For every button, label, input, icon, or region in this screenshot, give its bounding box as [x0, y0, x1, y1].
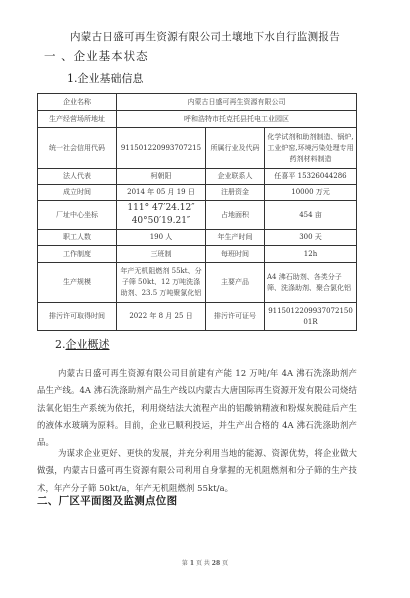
table-value: 年产无机阻燃剂 55kt、分子筛 50kt、12 万吨洗涤助剂、23.5 万吨聚… [117, 263, 206, 303]
table-label: 每班时间 [206, 246, 265, 263]
section-heading-basic-status: 一 、企业基本状态 [44, 48, 149, 64]
table-label: 生产规模 [38, 263, 117, 303]
table-label: 生产经营场所地址 [38, 111, 117, 128]
table-value: 190 人 [117, 230, 206, 246]
table-label: 排污许可证号 [206, 303, 265, 331]
table-label: 成立时间 [38, 185, 117, 201]
subsection-heading-overview: 2.企业概述 [55, 336, 110, 352]
table-row: 职工人数 190 人 年生产时间 300 天 [38, 230, 357, 246]
table-value: 911501220993707215 [117, 128, 206, 169]
subsection-text: 企业概述 [66, 338, 110, 351]
footer-suffix: 页 [222, 560, 228, 567]
table-label: 统一社会信用代码 [38, 128, 117, 169]
table-label: 占地面积 [206, 201, 265, 230]
table-row: 生产规模 年产无机阻燃剂 55kt、分子筛 50kt、12 万吨洗涤助剂、23.… [38, 263, 357, 303]
table-value: 12h [265, 246, 357, 263]
table-value: 柯朝阳 [117, 169, 206, 185]
total-page-count: 28 [212, 560, 220, 567]
table-row: 法人代表 柯朝阳 企业联系人 任喜平 15326044286 [38, 169, 357, 185]
longitude: 111° 47′24.12″ [119, 202, 203, 215]
subsection-heading-basic-info: 1.企业基础信息 [67, 70, 144, 86]
table-row: 企业名称 内蒙古日盛可再生资源有限公司 [38, 94, 357, 111]
page-footer: 第 1 页 共 28 页 [0, 558, 410, 567]
table-label: 排污许可取得时间 [38, 303, 117, 331]
table-value: A4 沸石助剂、各类分子筛、洗涤助剂、聚合氯化铝 [265, 263, 357, 303]
overview-paragraph-2: 为谋求企业更好、更快的发展，并充分利用当地的能源、资源优势，将企业做大做强，内蒙… [37, 445, 357, 497]
table-value: 内蒙古日盛可再生资源有限公司 [117, 94, 357, 111]
table-row: 工作制度 三班制 每班时间 12h [38, 246, 357, 263]
current-page-number: 1 [190, 560, 194, 567]
table-row: 统一社会信用代码 911501220993707215 所属行业及代码 化学试剂… [38, 128, 357, 169]
table-value: 911501220993707215001R [265, 303, 357, 331]
table-value: 化学试剂和助剂制造、锅炉,工业炉窑,环境污染处理专用药剂材料制造 [265, 128, 357, 169]
table-label: 企业联系人 [206, 169, 265, 185]
table-label: 职工人数 [38, 230, 117, 246]
table-value: 任喜平 15326044286 [265, 169, 357, 185]
table-value: 2014 年 05 月 19 日 [117, 185, 206, 201]
section-heading-site-plan: 二、厂区平面图及监测点位图 [37, 493, 177, 508]
table-row: 成立时间 2014 年 05 月 19 日 注册资金 10000 万元 [38, 185, 357, 201]
table-value: 454 亩 [265, 201, 357, 230]
table-value-coordinates: 111° 47′24.12″ 40°50′19.21″ [117, 201, 206, 230]
latitude: 40°50′19.21″ [119, 215, 203, 228]
table-label: 法人代表 [38, 169, 117, 185]
document-title: 内蒙古日盛可再生资源有限公司土壤地下水自行监测报告 [0, 29, 410, 44]
table-value: 300 天 [265, 230, 357, 246]
table-value: 三班制 [117, 246, 206, 263]
table-row: 生产经营场所地址 呼和浩特市托克托县托电工业园区 [38, 111, 357, 128]
table-label: 所属行业及代码 [206, 128, 265, 169]
subsection-number: 2. [55, 338, 66, 351]
table-label: 主要产品 [206, 263, 265, 303]
table-row: 厂址中心坐标 111° 47′24.12″ 40°50′19.21″ 占地面积 … [38, 201, 357, 230]
overview-paragraph-1: 内蒙古日盛可再生资源有限公司目前建有产能 12 万吨/年 4A 沸石洗涤助剂产品… [37, 365, 357, 451]
table-value: 2022 年 8 月 25 日 [117, 303, 206, 331]
table-label: 企业名称 [38, 94, 117, 111]
table-label: 注册资金 [206, 185, 265, 201]
footer-prefix: 第 [182, 560, 188, 567]
table-value: 呼和浩特市托克托县托电工业园区 [117, 111, 357, 128]
table-row: 排污许可取得时间 2022 年 8 月 25 日 排污许可证号 91150122… [38, 303, 357, 331]
table-value: 10000 万元 [265, 185, 357, 201]
table-label: 年生产时间 [206, 230, 265, 246]
table-label: 工作制度 [38, 246, 117, 263]
table-label: 厂址中心坐标 [38, 201, 117, 230]
enterprise-info-table: 企业名称 内蒙古日盛可再生资源有限公司 生产经营场所地址 呼和浩特市托克托县托电… [37, 93, 357, 331]
footer-mid: 页 共 [196, 560, 210, 567]
